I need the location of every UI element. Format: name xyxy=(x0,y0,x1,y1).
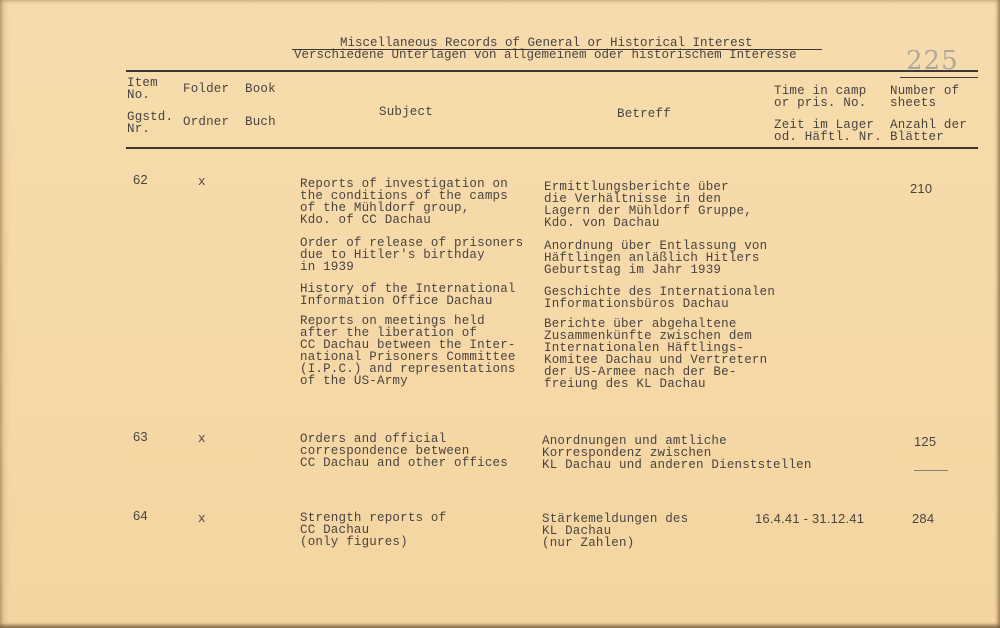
row-62-betreff-3: Geschichte des Internationalen Informati… xyxy=(544,286,775,310)
row-64-item: 64 xyxy=(133,510,148,522)
row-63-item: 63 xyxy=(133,431,148,443)
row-64-sheets: 284 xyxy=(912,513,934,525)
header-bottom-rule xyxy=(126,147,978,149)
header-sheets-de: Anzahl der Blätter xyxy=(890,119,967,143)
header-item-no-en: Item No. xyxy=(127,77,158,101)
row-64-time: 16.4.41 - 31.12.41 xyxy=(755,513,864,525)
header-time-en: Time in camp or pris. No. xyxy=(774,85,866,109)
row-63-sheets-mark xyxy=(914,470,948,471)
row-64-betreff: Stärkemeldungen des KL Dachau (nur Zahle… xyxy=(542,513,688,549)
header-top-rule xyxy=(126,70,978,72)
header-book-en: Book xyxy=(245,83,276,95)
header-book-de: Buch xyxy=(245,116,276,128)
row-63-betreff: Anordnungen und amtliche Korrespondenz z… xyxy=(542,435,812,471)
header-betreff: Betreff xyxy=(617,108,671,120)
header-sheets-en: Number of sheets xyxy=(890,85,959,109)
row-62-subject-2: Order of release of prisoners due to Hit… xyxy=(300,237,523,273)
pagenum-rule xyxy=(900,77,978,78)
row-62-betreff-4: Berichte über abgehaltene Zusammenkünfte… xyxy=(544,318,767,390)
header-subject: Subject xyxy=(379,106,433,118)
row-63-sheets: 125 xyxy=(914,436,936,448)
row-62-subject-1: Reports of investigation on the conditio… xyxy=(300,178,508,226)
header-folder-de: Ordner xyxy=(183,116,229,128)
header-item-no-de: Ggstd. Nr. xyxy=(127,111,173,135)
row-62-betreff-2: Anordnung über Entlassung von Häftlingen… xyxy=(544,240,767,276)
header-time-de: Zeit im Lager od. Häftl. Nr. xyxy=(774,119,882,143)
row-62-subject-4: Reports on meetings held after the liber… xyxy=(300,315,516,387)
row-62-folder: x xyxy=(198,176,206,188)
row-62-sheets: 210 xyxy=(910,183,932,195)
title-german: Verschiedene Unterlagen von allgemeinem … xyxy=(294,48,797,62)
row-64-folder: x xyxy=(198,513,206,525)
row-63-subject: Orders and official correspondence betwe… xyxy=(300,433,508,469)
row-63-folder: x xyxy=(198,433,206,445)
row-62-subject-3: History of the International Information… xyxy=(300,283,516,307)
header-folder-en: Folder xyxy=(183,83,229,95)
document-page: Miscellaneous Records of General or Hist… xyxy=(0,0,1000,628)
row-64-subject: Strength reports of CC Dachau (only figu… xyxy=(300,512,446,548)
row-62-item: 62 xyxy=(133,174,148,186)
row-62-betreff-1: Ermittlungsberichte über die Verhältniss… xyxy=(544,181,752,229)
